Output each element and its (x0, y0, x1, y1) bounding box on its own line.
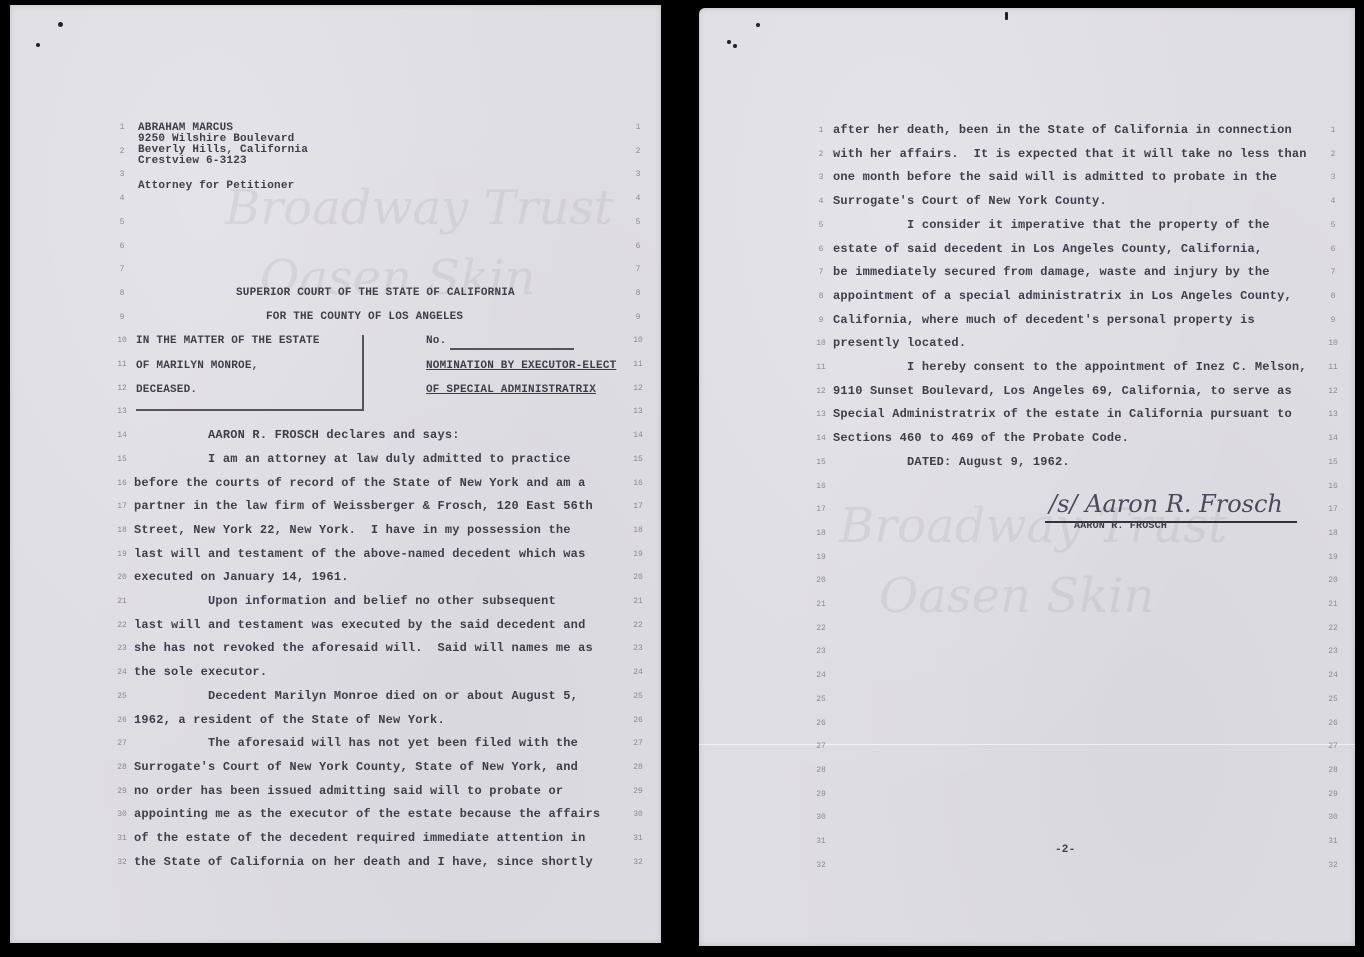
body-line: 1962, a resident of the State of New Yor… (134, 713, 445, 727)
body-line: estate of said decedent in Los Angeles C… (833, 242, 1262, 256)
line-number: 13 (112, 407, 132, 416)
body-line: Surrogate's Court of New York County. (833, 194, 1107, 208)
paper-fold (699, 744, 1355, 745)
line-number: 10 (811, 339, 831, 348)
line-number: 25 (628, 692, 648, 701)
line-number: 11 (112, 360, 132, 369)
body-line: Decedent Marilyn Monroe died on or about… (134, 689, 578, 703)
body-line: I hereby consent to the appointment of I… (833, 360, 1307, 374)
line-number: 5 (811, 221, 831, 230)
body-line: I am an attorney at law duly admitted to… (134, 452, 571, 466)
line-number: 26 (1323, 719, 1343, 728)
body-line: AARON R. FROSCH declares and says: (134, 428, 460, 442)
body-line: last will and testament of the above-nam… (134, 547, 585, 561)
punch-hole (727, 40, 731, 44)
punch-hole (58, 22, 63, 27)
line-number: 23 (628, 644, 648, 653)
punch-hole (756, 23, 760, 27)
line-number: 11 (811, 363, 831, 372)
line-number: 24 (811, 671, 831, 680)
line-number: 1 (1323, 126, 1343, 135)
line-number: 17 (811, 505, 831, 514)
line-number: 1 (112, 123, 132, 132)
body-line: with her affairs. It is expected that it… (833, 147, 1307, 161)
line-number: 1 (811, 126, 831, 135)
line-number: 5 (628, 218, 648, 227)
line-number: 7 (1323, 268, 1343, 277)
line-number: 20 (1323, 576, 1343, 585)
line-number: 18 (1323, 529, 1343, 538)
line-number: 16 (112, 479, 132, 488)
body-line: partner in the law firm of Weissberger &… (134, 499, 593, 513)
line-number: 25 (811, 695, 831, 704)
line-number: 1 (628, 123, 648, 132)
line-number: 8 (811, 292, 831, 301)
body-line: Sections 460 to 469 of the Probate Code. (833, 431, 1129, 445)
line-number: 14 (811, 434, 831, 443)
line-number: 11 (628, 360, 648, 369)
line-number: 23 (811, 647, 831, 656)
line-number: 13 (811, 410, 831, 419)
body-line: Surrogate's Court of New York County, St… (134, 760, 578, 774)
line-number: 9 (811, 316, 831, 325)
line-number: 10 (628, 336, 648, 345)
line-number: 2 (1323, 150, 1343, 159)
line-number: 7 (628, 265, 648, 274)
caption-brace (136, 335, 364, 411)
body-line: be immediately secured from damage, wast… (833, 265, 1270, 279)
watermark: Oasen Skin (879, 568, 1154, 624)
line-number: 6 (628, 242, 648, 251)
line-number: 17 (628, 502, 648, 511)
body-line: she has not revoked the aforesaid will. … (134, 641, 593, 655)
line-number: 21 (1323, 600, 1343, 609)
body-line: the State of California on her death and… (134, 855, 593, 869)
line-number: 21 (811, 600, 831, 609)
line-number: 30 (112, 810, 132, 819)
line-number: 21 (112, 597, 132, 606)
body-line: Special Administratrix of the estate in … (833, 407, 1292, 421)
line-number: 18 (811, 529, 831, 538)
line-number: 19 (811, 553, 831, 562)
line-number: 18 (112, 526, 132, 535)
body-line: DATED: August 9, 1962. (833, 455, 1070, 469)
signature-typed-name: AARON R. FROSCH (1074, 521, 1167, 533)
line-number: 17 (1323, 505, 1343, 514)
body-line: Street, New York 22, New York. I have in… (134, 523, 571, 537)
body-line: after her death, been in the State of Ca… (833, 123, 1292, 137)
line-number: 31 (811, 837, 831, 846)
line-number: 26 (628, 716, 648, 725)
line-number: 27 (112, 739, 132, 748)
line-number: 4 (811, 197, 831, 206)
line-number: 29 (628, 787, 648, 796)
line-number: 31 (1323, 837, 1343, 846)
line-number: 32 (1323, 861, 1343, 870)
body-line: last will and testament was executed by … (134, 618, 585, 632)
body-line: 9110 Sunset Boulevard, Los Angeles 69, C… (833, 384, 1292, 398)
line-number: 4 (1323, 197, 1343, 206)
line-number: 12 (112, 384, 132, 393)
line-number: 2 (811, 150, 831, 159)
line-number: 30 (811, 813, 831, 822)
line-number: 30 (1323, 813, 1343, 822)
line-number: 3 (1323, 173, 1343, 182)
line-number: 4 (112, 194, 132, 203)
line-number: 6 (1323, 245, 1343, 254)
line-number: 26 (811, 719, 831, 728)
line-number: 2 (628, 147, 648, 156)
line-number: 6 (811, 245, 831, 254)
punch-hole (1005, 12, 1008, 20)
body-line: appointment of a special administratrix … (833, 289, 1292, 303)
court-county: FOR THE COUNTY OF LOS ANGELES (266, 312, 463, 324)
line-number: 9 (1323, 316, 1343, 325)
line-number: 21 (628, 597, 648, 606)
document-title-2: OF SPECIAL ADMINISTRATRIX (426, 385, 596, 397)
line-number: 15 (112, 455, 132, 464)
line-number: 11 (1323, 363, 1343, 372)
body-line: the sole executor. (134, 665, 267, 679)
line-number: 30 (628, 810, 648, 819)
line-number: 32 (811, 861, 831, 870)
line-number: 31 (112, 834, 132, 843)
line-number: 3 (112, 170, 132, 179)
line-number: 22 (1323, 624, 1343, 633)
line-number: 32 (628, 858, 648, 867)
line-number: 22 (811, 624, 831, 633)
line-number: 16 (811, 482, 831, 491)
line-number: 12 (811, 387, 831, 396)
body-line: executed on January 14, 1961. (134, 570, 349, 584)
line-number: 20 (811, 576, 831, 585)
line-number: 16 (628, 479, 648, 488)
line-number: 16 (1323, 482, 1343, 491)
line-number: 25 (112, 692, 132, 701)
line-number: 5 (112, 218, 132, 227)
punch-hole (36, 43, 40, 47)
line-number: 28 (1323, 766, 1343, 775)
document-title-1: NOMINATION BY EXECUTOR-ELECT (426, 361, 616, 373)
body-line: one month before the said will is admitt… (833, 170, 1277, 184)
line-number: 31 (628, 834, 648, 843)
line-number: 5 (1323, 221, 1343, 230)
line-number: 29 (112, 787, 132, 796)
page-number: -2- (1055, 845, 1075, 857)
line-number: 10 (1323, 339, 1343, 348)
line-number: 14 (1323, 434, 1343, 443)
signature: /s/ Aaron R. Frosch (1049, 490, 1283, 518)
line-number: 8 (1323, 292, 1343, 301)
line-number: 19 (1323, 553, 1343, 562)
line-number: 15 (628, 455, 648, 464)
line-number: 14 (628, 431, 648, 440)
case-number-label: No. (426, 336, 446, 348)
line-number: 8 (628, 289, 648, 298)
line-number: 27 (628, 739, 648, 748)
body-line: Upon information and belief no other sub… (134, 594, 556, 608)
line-number: 28 (628, 763, 648, 772)
document-page-1: Broadway Trust Oasen Skin 12345678910111… (10, 5, 661, 943)
line-number: 10 (112, 336, 132, 345)
line-number: 29 (1323, 790, 1343, 799)
body-line: no order has been issued admitting said … (134, 784, 563, 798)
body-line: of the estate of the decedent required i… (134, 831, 585, 845)
line-number: 27 (811, 742, 831, 751)
line-number: 23 (112, 644, 132, 653)
line-number: 28 (811, 766, 831, 775)
line-number: 28 (112, 763, 132, 772)
line-number: 12 (628, 384, 648, 393)
line-number: 3 (628, 170, 648, 179)
body-line: California, where much of decedent's per… (833, 313, 1255, 327)
attorney-role: Attorney for Petitioner (138, 181, 294, 193)
line-number: 22 (112, 621, 132, 630)
body-line: presently located. (833, 336, 966, 350)
line-number: 4 (628, 194, 648, 203)
line-number: 20 (628, 573, 648, 582)
punch-hole (733, 44, 737, 48)
line-number: 25 (1323, 695, 1343, 704)
line-number: 27 (1323, 742, 1343, 751)
line-number: 20 (112, 573, 132, 582)
line-number: 15 (811, 458, 831, 467)
line-number: 13 (628, 407, 648, 416)
line-number: 18 (628, 526, 648, 535)
line-number: 19 (628, 550, 648, 559)
line-number: 15 (1323, 458, 1343, 467)
line-number: 22 (628, 621, 648, 630)
body-line: The aforesaid will has not yet been file… (134, 736, 578, 750)
line-number: 2 (112, 147, 132, 156)
line-number: 14 (112, 431, 132, 440)
line-number: 24 (1323, 671, 1343, 680)
line-number: 17 (112, 502, 132, 511)
line-number: 24 (628, 668, 648, 677)
line-number: 29 (811, 790, 831, 799)
line-number: 23 (1323, 647, 1343, 656)
line-number: 12 (1323, 387, 1343, 396)
court-title: SUPERIOR COURT OF THE STATE OF CALIFORNI… (236, 288, 515, 300)
document-page-2: Broadway Trust Oasen Skin 12345678910111… (699, 8, 1355, 946)
line-number: 19 (112, 550, 132, 559)
case-number-blank (450, 348, 574, 350)
line-number: 26 (112, 716, 132, 725)
line-number: 7 (112, 265, 132, 274)
body-line: appointing me as the executor of the est… (134, 807, 600, 821)
line-number: 32 (112, 858, 132, 867)
line-number: 13 (1323, 410, 1343, 419)
line-number: 6 (112, 242, 132, 251)
body-line: before the courts of record of the State… (134, 476, 585, 490)
line-number: 7 (811, 268, 831, 277)
line-number: 24 (112, 668, 132, 677)
line-number: 9 (112, 313, 132, 322)
body-line: I consider it imperative that the proper… (833, 218, 1270, 232)
line-number: 3 (811, 173, 831, 182)
line-number: 9 (628, 313, 648, 322)
attorney-phone: Crestview 6-3123 (138, 156, 247, 168)
line-number: 8 (112, 289, 132, 298)
